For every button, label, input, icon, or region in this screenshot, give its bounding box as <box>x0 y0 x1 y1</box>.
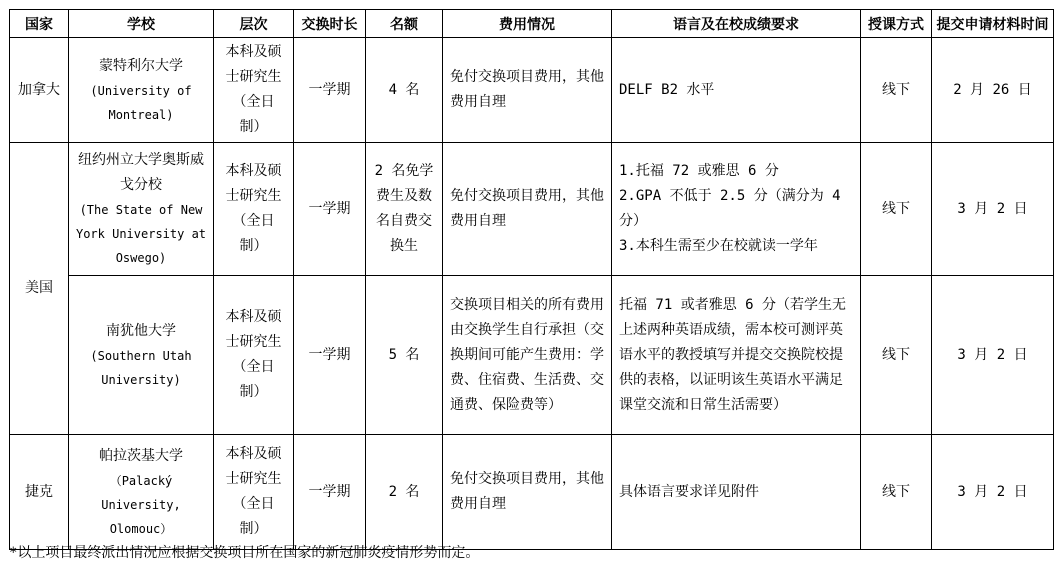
school-name-cn: 帕拉茨基大学 <box>73 444 209 469</box>
school-name-en: (University of Montreal) <box>73 79 209 127</box>
quota-cell: 2 名 <box>366 435 443 550</box>
school-cell: 纽约州立大学奥斯威戈分校 (The State of New York Univ… <box>69 143 214 276</box>
quota-cell: 5 名 <box>366 276 443 435</box>
duration-cell: 一学期 <box>294 143 366 276</box>
fee-cell: 交换项目相关的所有费用由交换学生自行承担（交换期间可能产生费用：学费、住宿费、生… <box>443 276 612 435</box>
fee-cell: 免付交换项目费用，其他费用自理 <box>443 38 612 143</box>
language-requirement-cell: 1.托福 72 或雅思 6 分 2.GPA 不低于 2.5 分（满分为 4 分）… <box>612 143 861 276</box>
header-duration: 交换时长 <box>294 10 366 38</box>
header-mode: 授课方式 <box>861 10 932 38</box>
language-requirement-cell: 具体语言要求详见附件 <box>612 435 861 550</box>
mode-cell: 线下 <box>861 276 932 435</box>
level-cell: 本科及硕士研究生（全日制） <box>214 276 294 435</box>
document-page: 国家 学校 层次 交换时长 名额 费用情况 语言及在校成绩要求 授课方式 提交申… <box>0 0 1061 566</box>
quota-cell: 2 名免学费生及数名自费交换生 <box>366 143 443 276</box>
header-quota: 名额 <box>366 10 443 38</box>
header-school: 学校 <box>69 10 214 38</box>
table-row-montreal: 加拿大 蒙特利尔大学 (University of Montreal) 本科及硕… <box>10 38 1054 143</box>
school-name-cn: 纽约州立大学奥斯威戈分校 <box>73 148 209 198</box>
exchange-programs-table: 国家 学校 层次 交换时长 名额 费用情况 语言及在校成绩要求 授课方式 提交申… <box>9 9 1054 550</box>
table-row-palacky: 捷克 帕拉茨基大学 （Palacký University, Olomouc） … <box>10 435 1054 550</box>
header-country: 国家 <box>10 10 69 38</box>
table-row-oswego: 美国 纽约州立大学奥斯威戈分校 (The State of New York U… <box>10 143 1054 276</box>
fee-cell: 免付交换项目费用，其他费用自理 <box>443 143 612 276</box>
country-cell: 捷克 <box>10 435 69 550</box>
level-cell: 本科及硕士研究生（全日制） <box>214 143 294 276</box>
fee-cell: 免付交换项目费用，其他费用自理 <box>443 435 612 550</box>
school-cell: 蒙特利尔大学 (University of Montreal) <box>69 38 214 143</box>
mode-cell: 线下 <box>861 435 932 550</box>
level-cell: 本科及硕士研究生（全日制） <box>214 38 294 143</box>
header-level: 层次 <box>214 10 294 38</box>
deadline-cell: 3 月 2 日 <box>932 143 1054 276</box>
school-name-cn: 南犹他大学 <box>73 319 209 344</box>
footnote: *以上项目最终派出情况应根据交换项目所在国家的新冠肺炎疫情形势而定。 <box>9 543 479 563</box>
deadline-cell: 2 月 26 日 <box>932 38 1054 143</box>
school-name-en: (Southern Utah University) <box>73 344 209 392</box>
header-language: 语言及在校成绩要求 <box>612 10 861 38</box>
duration-cell: 一学期 <box>294 38 366 143</box>
header-row: 国家 学校 层次 交换时长 名额 费用情况 语言及在校成绩要求 授课方式 提交申… <box>10 10 1054 38</box>
duration-cell: 一学期 <box>294 276 366 435</box>
language-requirement-cell: 托福 71 或者雅思 6 分（若学生无上述两种英语成绩，需本校可测评英语水平的教… <box>612 276 861 435</box>
table-row-southern-utah: 南犹他大学 (Southern Utah University) 本科及硕士研究… <box>10 276 1054 435</box>
deadline-cell: 3 月 2 日 <box>932 276 1054 435</box>
duration-cell: 一学期 <box>294 435 366 550</box>
deadline-cell: 3 月 2 日 <box>932 435 1054 550</box>
country-cell: 加拿大 <box>10 38 69 143</box>
school-cell: 南犹他大学 (Southern Utah University) <box>69 276 214 435</box>
school-name-cn: 蒙特利尔大学 <box>73 54 209 79</box>
level-cell: 本科及硕士研究生（全日制） <box>214 435 294 550</box>
school-cell: 帕拉茨基大学 （Palacký University, Olomouc） <box>69 435 214 550</box>
country-cell: 美国 <box>10 143 69 435</box>
school-name-en: （Palacký University, Olomouc） <box>73 469 209 541</box>
language-requirement-cell: DELF B2 水平 <box>612 38 861 143</box>
header-deadline: 提交申请材料时间 <box>932 10 1054 38</box>
quota-cell: 4 名 <box>366 38 443 143</box>
mode-cell: 线下 <box>861 38 932 143</box>
header-fee: 费用情况 <box>443 10 612 38</box>
school-name-en: (The State of New York University at Osw… <box>73 198 209 270</box>
mode-cell: 线下 <box>861 143 932 276</box>
